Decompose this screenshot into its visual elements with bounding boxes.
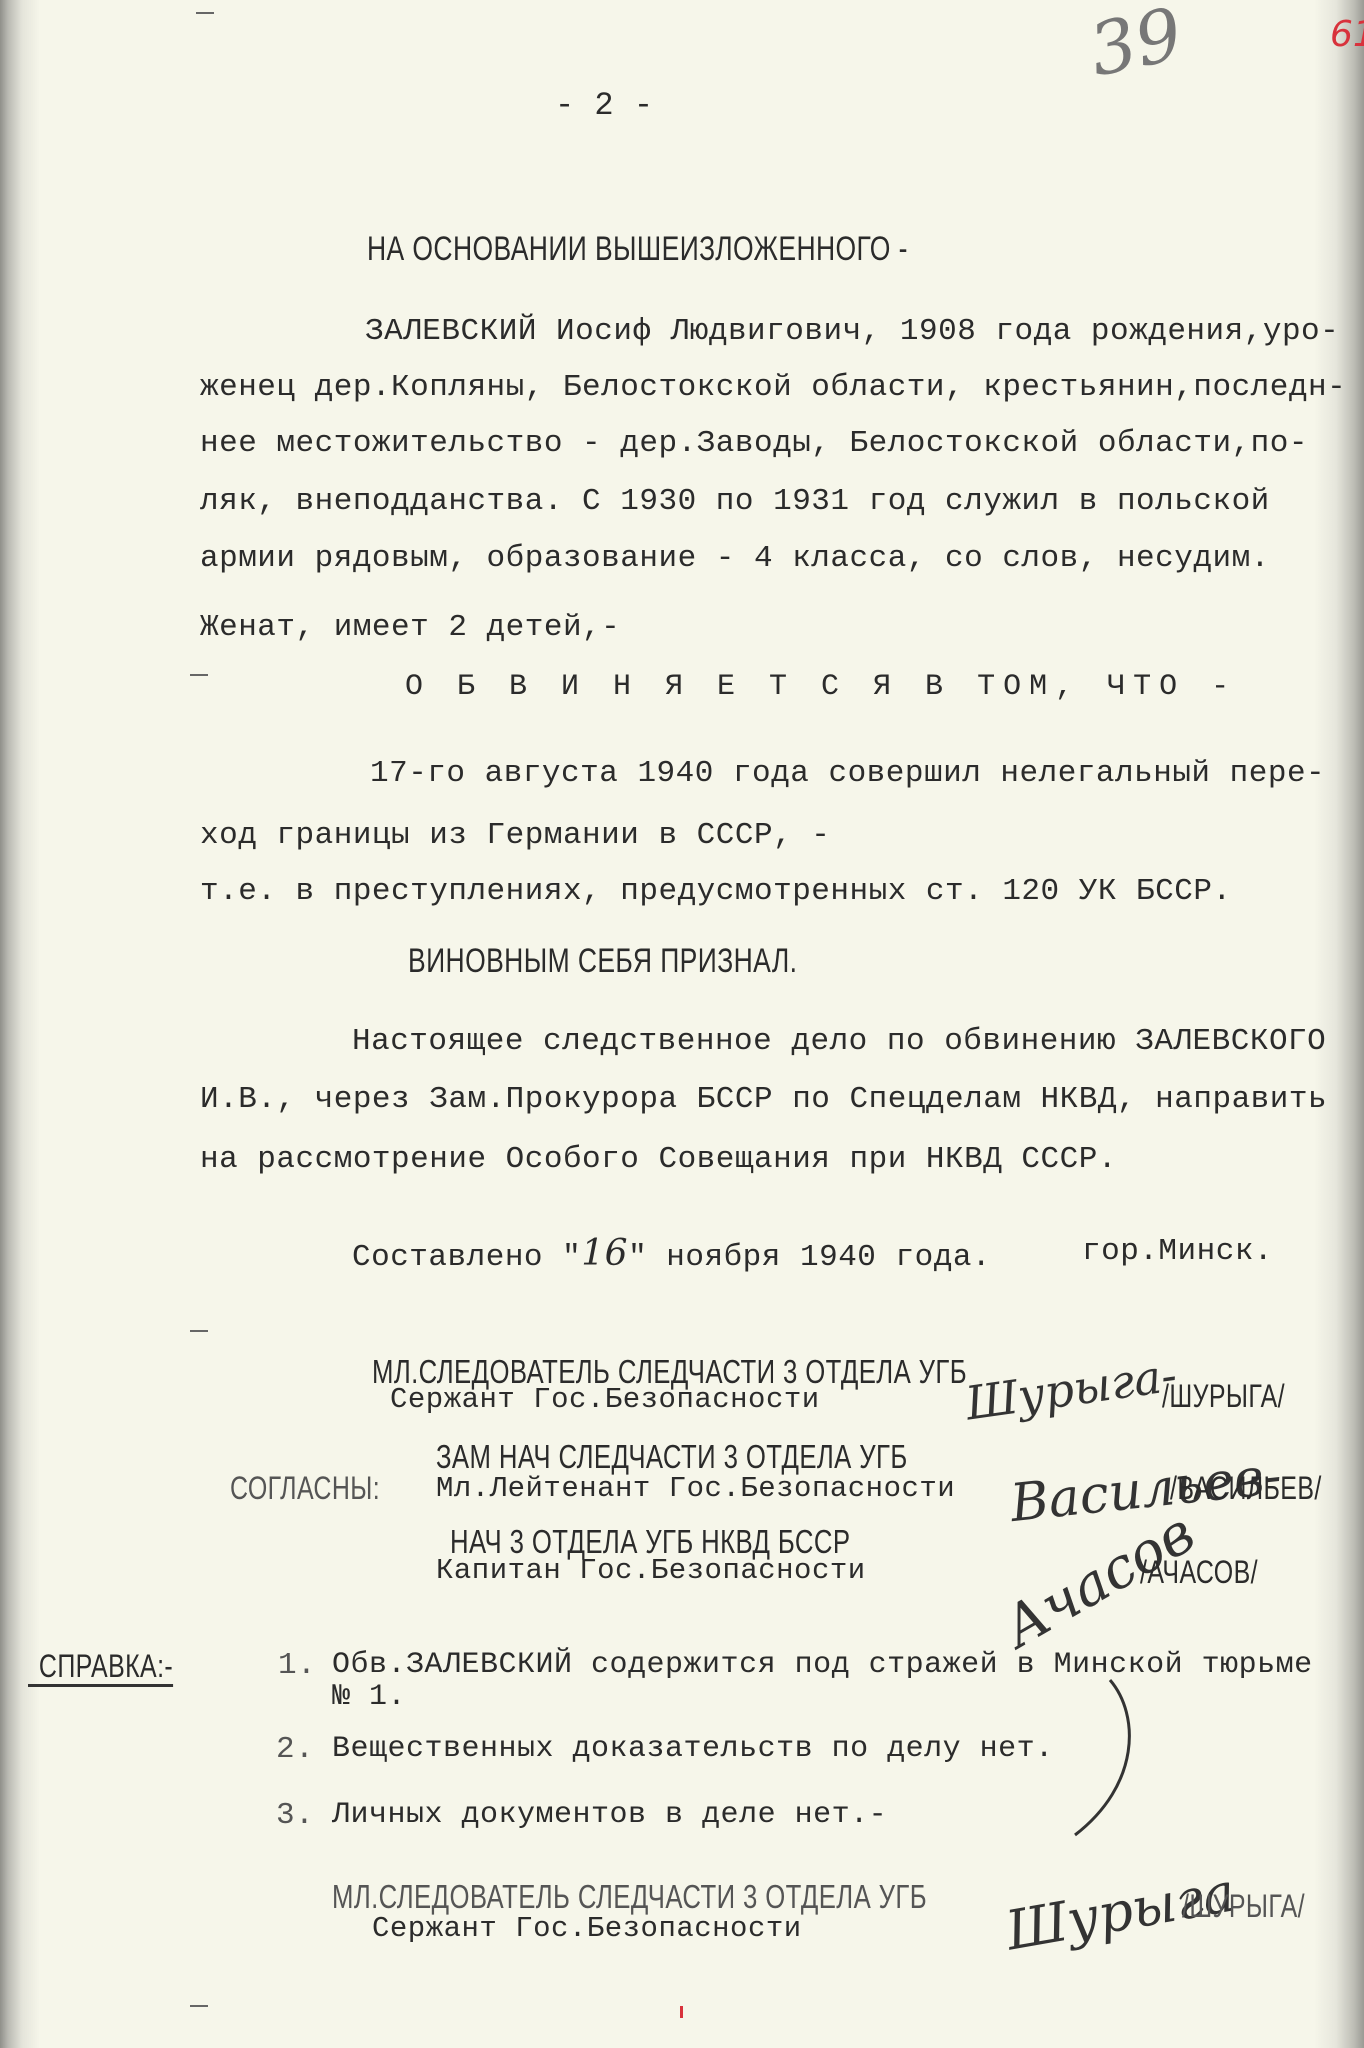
compiled-date: Составлено "16" ноября 1940 года. <box>352 1236 991 1273</box>
pen-bracket-mark <box>1070 1675 1150 1845</box>
document-page: 39 61 - 2 - НА ОСНОВАНИИ ВЫШЕИЗЛОЖЕННОГО… <box>0 0 1364 2048</box>
final-rank: Сержант Гос.Безопасности <box>372 1914 802 1943</box>
red-ink-dot <box>680 2006 683 2018</box>
section-heading: НА ОСНОВАНИИ ВЫШЕИЗЛОЖЕННОГО - <box>367 232 908 266</box>
charge-line: 17-го августа 1940 года совершил нелегал… <box>370 758 1325 789</box>
compiled-place: гор.Минск. <box>1082 1236 1273 1267</box>
reference-label: СПРАВКА:- <box>28 1650 173 1687</box>
plea: ВИНОВНЫМ СЕБЯ ПРИЗНАЛ. <box>408 944 797 978</box>
biography-line: женец дер.Копляны, Белостокской области,… <box>200 372 1346 403</box>
red-folio-number: 61 <box>1330 14 1364 55</box>
investigator-name: /ШУРЫГА/ <box>1162 1380 1285 1412</box>
reference-item-continuation: № 1. <box>332 1682 406 1712</box>
reference-item-text: Личных документов в деле нет.- <box>332 1800 887 1830</box>
pencil-folio-number: 39 <box>1082 0 1189 93</box>
biography-line: армии рядовым, образование - 4 класса, с… <box>200 543 1270 574</box>
reference-item-number: 3. <box>276 1800 314 1831</box>
chief-name: /АЧАСОВ/ <box>1140 1556 1258 1588</box>
charge-line: ход границы из Германии в СССР, - <box>200 820 830 851</box>
handwritten-day: 16 <box>581 1233 628 1274</box>
investigator-rank: Сержант Гос.Безопасности <box>390 1385 820 1414</box>
final-title: МЛ.СЛЕДОВАТЕЛЬ СЛЕДЧАСТИ 3 ОТДЕЛА УГБ <box>332 1880 927 1913</box>
reference-item-number: 2. <box>276 1734 314 1765</box>
accused-heading: О Б В И Н Я Е Т С Я В ТОМ, ЧТО - <box>405 672 1237 702</box>
biography-line: ляк, внеподданства. С 1930 по 1931 год с… <box>200 486 1270 517</box>
agreed-label: СОГЛАСНЫ: <box>230 1472 380 1504</box>
deputy-title: ЗАМ НАЧ СЛЕДЧАСТИ 3 ОТДЕЛА УГБ <box>436 1440 908 1473</box>
deputy-rank: Мл.Лейтенант Гос.Безопасности <box>436 1474 955 1503</box>
investigator-autograph: Шурыга- <box>962 1347 1180 1430</box>
disposition-line: Настоящее следственное дело по обвинению… <box>352 1026 1326 1057</box>
biography-line: нее местожительство - дер.Заводы, Белост… <box>200 428 1308 459</box>
biography-line: ЗАЛЕВСКИЙ Иосиф Людвигович, 1908 года ро… <box>365 316 1339 347</box>
margin-tick <box>190 1330 208 1332</box>
reference-item-text: Вещественных доказательств по делу нет. <box>332 1734 1054 1764</box>
margin-tick <box>196 12 214 14</box>
reference-item-text: Обв.ЗАЛЕВСКИЙ содержится под стражей в М… <box>332 1650 1313 1680</box>
chief-rank: Капитан Гос.Безопасности <box>436 1556 866 1585</box>
page-number: - 2 - <box>555 90 654 122</box>
disposition-line: на рассмотрение Особого Совещания при НК… <box>200 1144 1117 1175</box>
biography-line: Женат, имеет 2 детей,- <box>200 612 620 643</box>
charge-line: т.е. в преступлениях, предусмотренных ст… <box>200 876 1232 907</box>
compiled-suffix: " ноября 1940 года. <box>628 1240 991 1275</box>
margin-tick <box>190 674 208 676</box>
disposition-line: И.В., через Зам.Прокурора БССР по Спецде… <box>200 1084 1327 1115</box>
compiled-prefix: Составлено " <box>352 1240 581 1275</box>
final-name: /ШУРЫГА/ <box>1182 1890 1305 1922</box>
deputy-name: /ВАСИЛЬЕВ/ <box>1170 1472 1322 1504</box>
margin-tick <box>190 2005 208 2007</box>
reference-item-number: 1. <box>278 1650 316 1681</box>
